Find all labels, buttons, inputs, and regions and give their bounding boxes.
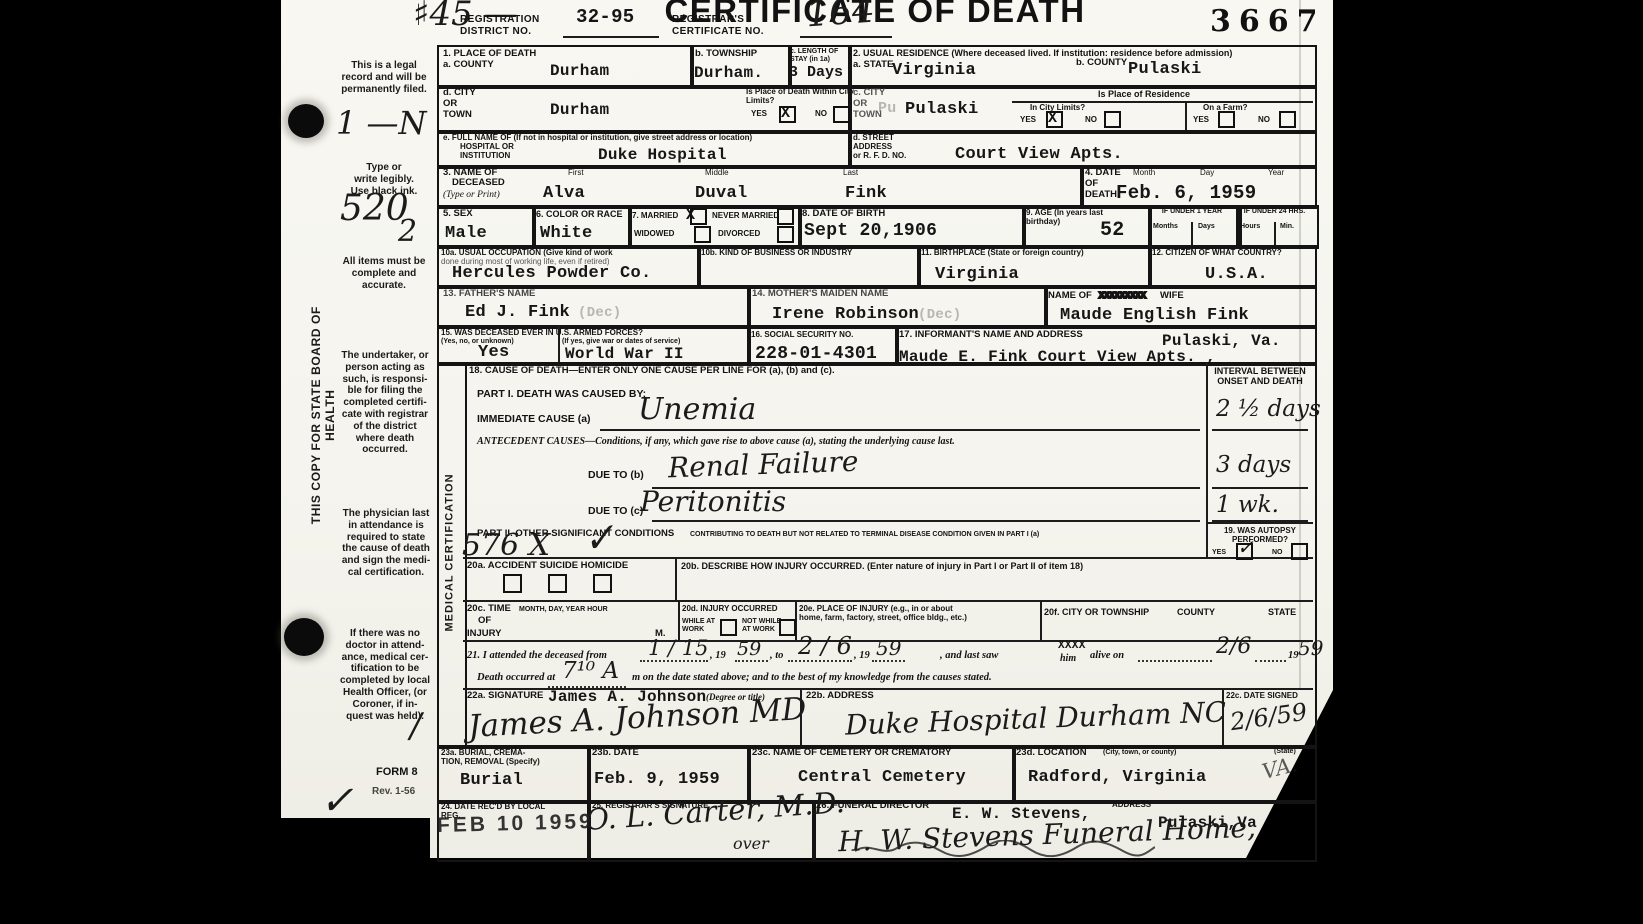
describe-injury-label: 20b. DESCRIBE HOW INJURY OCCURRED. (Ente… <box>681 561 1083 571</box>
interval-header: INTERVAL BETWEEN ONSET AND DEATH <box>1210 366 1310 387</box>
married-checkbox: X <box>690 208 707 225</box>
birthplace-label: 11. BIRTHPLACE (State or foreign country… <box>921 248 1084 257</box>
burial-date-label: 23b. DATE <box>592 748 639 759</box>
due-to-c-interval-handwriting: 1 wk. <box>1216 492 1279 518</box>
part2-label-2: CONTRIBUTING TO DEATH BUT NOT RELATED TO… <box>690 531 1039 539</box>
autopsy-no-checkbox <box>1291 543 1308 560</box>
margin-note-no-doctor: If there was no doctor in attend- ance, … <box>332 628 438 722</box>
age-value: 52 <box>1100 219 1125 242</box>
last-name-value: Fink <box>845 184 887 203</box>
sex-value: Male <box>445 224 487 243</box>
city-limits-question: Is Place of Death Within City Limits? <box>746 87 854 105</box>
time-of-injury-label-3: INJURY <box>467 629 502 640</box>
informant-label: 17. INFORMANT'S NAME AND ADDRESS <box>899 330 1083 341</box>
mother-deceased-note: (Dec) <box>918 307 962 323</box>
hours-label: Hours <box>1240 223 1260 231</box>
date-of-death-value: Feb. 6, 1959 <box>1116 182 1256 204</box>
injury-city-label: 20f. CITY OR TOWNSHIP <box>1044 607 1149 617</box>
death-year-label: Year <box>1268 168 1284 177</box>
punch-hole-bottom <box>284 618 324 656</box>
time-of-injury-label-1: 20c. TIME <box>467 604 511 615</box>
due-to-b-handwriting: Renal Failure <box>667 445 858 485</box>
mother-value: Irene Robinson <box>772 305 919 324</box>
attended-to-label: , to <box>770 650 783 662</box>
registrar-over-note: over <box>733 834 769 853</box>
year-19-a: , 19 <box>710 650 726 662</box>
accident-suicide-homicide-label: 20a. ACCIDENT SUICIDE HOMICIDE <box>467 561 628 572</box>
in-city-yes-label: YES <box>1020 115 1036 124</box>
residence-question-label: Is Place of Residence <box>1098 89 1190 99</box>
in-city-no-checkbox <box>1104 111 1121 128</box>
mother-label: 14. MOTHER'S MAIDEN NAME <box>752 289 888 300</box>
death-time-handwriting: 7¹⁰ A <box>562 658 619 684</box>
father-deceased-note: (Dec) <box>578 305 622 321</box>
citizen-value: U.S.A. <box>1205 265 1268 284</box>
death-occurred-post-label: m on the date stated above; and to the b… <box>632 672 992 684</box>
cemetery-label: 23c. NAME OF CEMETERY OR CREMATORY <box>752 748 951 759</box>
year-19-c: 19 <box>1288 650 1299 662</box>
death-month-label: Month <box>1133 168 1155 177</box>
length-of-stay-label: c. LENGTH OF STAY (in 1a) <box>790 48 838 64</box>
time-of-injury-columns: MONTH, DAY, YEAR HOUR <box>519 606 608 614</box>
death-day-label: Day <box>1200 168 1214 177</box>
immediate-cause-label: IMMEDIATE CAUSE (a) <box>477 413 591 425</box>
death-city-value: Durham <box>550 101 609 119</box>
box-name <box>437 165 1084 209</box>
him-label: him <box>1060 653 1076 665</box>
ssn-value: 228-01-4301 <box>755 344 877 364</box>
margin-note-complete: All items must be complete and accurate. <box>332 256 436 291</box>
attended-to-handwriting: 2 / 6 <box>798 632 852 660</box>
while-at-work-label: WHILE AT WORK <box>682 618 715 634</box>
wife-label-post: WIFE <box>1160 291 1184 302</box>
county-label: a. COUNTY <box>443 60 494 71</box>
signature-label: 22a. SIGNATURE <box>467 691 543 702</box>
him-strikeout: XXXX <box>1058 640 1086 652</box>
length-of-stay-value: 3 Days <box>789 64 843 81</box>
under-24-hrs-label: IF UNDER 24 HRS. <box>1238 208 1311 216</box>
days-label: Days <box>1198 223 1215 231</box>
min-label: Min. <box>1280 223 1294 231</box>
widowed-label: WIDOWED <box>634 229 674 238</box>
accident-checkbox <box>503 574 522 593</box>
suicide-checkbox <box>548 574 567 593</box>
months-label: Months <box>1153 223 1178 231</box>
date-signed-label: 22c. DATE SIGNED <box>1226 691 1298 700</box>
last-saw-year-handwriting: 59 <box>1298 636 1323 660</box>
divorced-checkbox <box>777 226 794 243</box>
never-married-label: NEVER MARRIED <box>712 211 779 220</box>
homicide-checkbox <box>593 574 612 593</box>
medical-certification-vertical-label: MEDICAL CERTIFICATION <box>444 454 457 650</box>
death-city-label: d. CITY OR TOWN <box>443 88 476 121</box>
war-service-value: World War II <box>565 345 684 363</box>
township-label: b. TOWNSHIP <box>695 49 757 60</box>
wife-value: Maude English Fink <box>1060 306 1249 325</box>
autopsy-no-label: NO <box>1272 549 1283 557</box>
not-while-at-work-label: NOT WHILE AT WORK <box>742 618 781 634</box>
hospital-label-3: INSTITUTION <box>460 151 510 160</box>
residence-county-value: Pulaski <box>1128 60 1202 79</box>
date-of-birth-label: 8. DATE OF BIRTH <box>802 209 885 220</box>
ssn-label: 16. SOCIAL SECURITY NO. <box>751 330 853 339</box>
part2-handwriting: 576 X <box>462 528 550 563</box>
registrar-certificate-label: REGISTRAR'S CERTIFICATE NO. <box>672 14 764 37</box>
farm-no-checkbox <box>1279 111 1296 128</box>
street-address-value: Court View Apts. <box>955 145 1123 164</box>
father-label: 13. FATHER'S NAME <box>443 289 535 300</box>
injury-county-label: COUNTY <box>1177 607 1215 617</box>
margin-handwriting-1: 1 —N <box>336 104 427 142</box>
business-label: 10b. KIND OF BUSINESS OR INDUSTRY <box>701 248 852 257</box>
punch-hole-top <box>288 104 324 138</box>
funeral-address-label: ADDRESS <box>1112 800 1151 809</box>
married-label: 7. MARRIED <box>632 211 678 220</box>
part2-check-handwriting: ✓ <box>580 514 618 562</box>
city-limits-yes-checkbox: X <box>779 106 796 123</box>
first-name-value: Alva <box>543 184 585 203</box>
cause-of-death-header: 18. CAUSE OF DEATH—ENTER ONLY ONE CAUSE … <box>469 366 835 377</box>
funeral-director-label: 26. FUNERAL DIRECTOR <box>816 801 929 812</box>
residence-state-label: a. STATE <box>853 60 893 71</box>
registration-district-label: REGISTRATION DISTRICT NO. <box>460 14 540 37</box>
divorced-label: DIVORCED <box>718 229 760 238</box>
hospital-label: e. FULL NAME OF (If not in hospital or i… <box>443 133 752 142</box>
due-to-b-interval-handwriting: 3 days <box>1216 452 1291 478</box>
location-value: Radford, Virginia <box>1028 768 1207 787</box>
immediate-interval-handwriting: 2 ½ days <box>1216 396 1321 422</box>
usual-residence-label: 2. USUAL RESIDENCE (Where deceased lived… <box>853 48 1232 58</box>
in-city-yes-checkbox: X <box>1046 111 1063 128</box>
wife-label-struck: XXXXXXXXX <box>1097 289 1144 303</box>
city-limits-yes-mark: X <box>781 105 790 122</box>
city-limits-yes-label: YES <box>751 109 767 118</box>
farm-no-label: NO <box>1258 115 1270 124</box>
township-value: Durham. <box>694 64 763 82</box>
sex-label: 5. SEX <box>443 209 473 220</box>
autopsy-yes-mark: ✓ <box>1237 535 1254 559</box>
autopsy-label: 19. WAS AUTOPSY PERFORMED? <box>1210 526 1310 544</box>
physician-address-label: 22b. ADDRESS <box>806 691 874 702</box>
citizen-label: 12. CITIZEN OF WHAT COUNTRY? <box>1152 248 1282 257</box>
time-of-injury-label-2: OF <box>478 616 491 627</box>
location-sublabel: (City, town, or county) <box>1103 749 1176 757</box>
married-mark: X <box>686 207 695 224</box>
wife-label-pre: NAME OF <box>1048 291 1092 302</box>
in-city-yes-mark: X <box>1048 110 1057 127</box>
partial-handwriting-stroke <box>855 840 1155 858</box>
first-name-label: First <box>568 168 584 177</box>
location-label: 23d. LOCATION <box>1016 748 1087 759</box>
attended-from-handwriting: 1 / 15 <box>648 636 709 660</box>
autopsy-yes-label: YES <box>1212 549 1226 557</box>
name-label-3: (Type or Print) <box>443 190 500 201</box>
date-received-stamp: FEB 10 1959 <box>437 810 594 838</box>
immediate-cause-handwriting: Unemia <box>638 392 756 427</box>
last-name-label: Last <box>843 168 858 177</box>
due-to-c-handwriting: Peritonitis <box>640 485 786 518</box>
hospital-value: Duke Hospital <box>598 146 727 164</box>
death-occurred-pre-label: Death occurred at <box>477 672 555 684</box>
injury-state-label: STATE <box>1268 607 1296 617</box>
farm-yes-label: YES <box>1193 115 1209 124</box>
autopsy-yes-checkbox: ✓ <box>1236 543 1253 560</box>
antecedent-label: ANTECEDENT CAUSES—Conditions, if any, wh… <box>477 436 955 448</box>
residence-state-value: Virginia <box>892 61 976 80</box>
due-to-b-label: DUE TO (b) <box>588 469 644 481</box>
attended-to-year-handwriting: 59 <box>876 636 901 660</box>
residence-city-value: Pulaski <box>905 100 979 119</box>
burial-label: 23a. BURIAL, CREMA- TION, REMOVAL (Speci… <box>441 748 540 766</box>
margin-vertical-label: THIS COPY FOR STATE BOARD OF HEALTH <box>309 290 337 540</box>
margin-note-undertaker: The undertaker, or person acting as such… <box>334 350 436 456</box>
name-label-2: DECEASED <box>452 178 505 189</box>
cemetery-value: Central Cemetery <box>798 768 966 787</box>
race-label: 6. COLOR OR RACE <box>536 209 623 219</box>
margin-handwriting-check: ✓ <box>320 778 354 824</box>
race-value: White <box>540 224 593 243</box>
middle-name-value: Duval <box>695 184 748 203</box>
death-certificate-scan: This is a legal record and will be perma… <box>0 0 1643 924</box>
residence-city-stamp-trace: Pu <box>878 100 897 117</box>
county-value: Durham <box>550 62 609 80</box>
alive-on-label: alive on <box>1090 650 1124 662</box>
widowed-checkbox <box>694 226 711 243</box>
hospital-label-2: HOSPITAL OR <box>460 142 514 151</box>
street-address-label: d. STREET ADDRESS or R. F. D. NO. <box>853 133 906 161</box>
never-married-checkbox <box>777 208 794 225</box>
armed-forces-value: Yes <box>478 343 510 362</box>
age-label: 9. AGE (In years last birthday) <box>1026 208 1103 226</box>
city-limits-no-label: NO <box>815 109 827 118</box>
birthplace-value: Virginia <box>935 265 1019 284</box>
while-at-work-checkbox <box>720 619 737 636</box>
under-1-year-label: IF UNDER 1 YEAR <box>1150 208 1234 216</box>
father-value: Ed J. Fink <box>465 303 570 322</box>
margin-handwriting-slash: ∕ <box>410 706 421 746</box>
last-saw-date-handwriting: 2/6 <box>1216 634 1251 659</box>
margin-handwriting-2: 2 <box>398 214 417 249</box>
form-number: FORM 8 <box>376 766 418 779</box>
occupation-label: 10a. USUAL OCCUPATION (Give kind of work <box>441 248 613 257</box>
middle-name-label: Middle <box>705 168 729 177</box>
date-of-birth-value: Sept 20,1906 <box>804 221 937 241</box>
informant-value-2: Maude E. Fink Court View Apts. , <box>899 348 1216 366</box>
occupation-value: Hercules Powder Co. <box>452 264 652 283</box>
form-revision: Rev. 1-56 <box>372 786 415 798</box>
attended-from-year-handwriting: 59 <box>737 638 761 660</box>
injury-occurred-label: 20d. INJURY OCCURRED <box>682 604 778 613</box>
margin-note-physician: The physician last in attendance is requ… <box>334 508 438 579</box>
burial-date-value: Feb. 9, 1959 <box>594 770 720 789</box>
margin-note-legal: This is a legal record and will be perma… <box>334 60 434 95</box>
serial-number: 3667 <box>1210 4 1326 39</box>
last-saw-label: , and last saw <box>940 650 998 662</box>
part1-label: PART I. DEATH WAS CAUSED BY: <box>477 388 646 400</box>
city-limits-no-checkbox <box>833 106 850 123</box>
place-of-injury-label: 20e. PLACE OF INJURY (e.g., in or about … <box>799 604 967 622</box>
burial-value: Burial <box>460 771 523 790</box>
farm-yes-checkbox <box>1218 111 1235 128</box>
in-city-no-label: NO <box>1085 115 1097 124</box>
armed-forces-label: 15. WAS DECEASED EVER IN U.S. ARMED FORC… <box>441 328 643 337</box>
year-19-b: , 19 <box>854 650 870 662</box>
registrar-certificate-value: 164 <box>805 0 876 35</box>
residence-county-label: b. COUNTY <box>1076 58 1127 69</box>
not-while-at-work-checkbox <box>779 619 796 636</box>
registration-district-value: 32-95 <box>576 6 635 28</box>
